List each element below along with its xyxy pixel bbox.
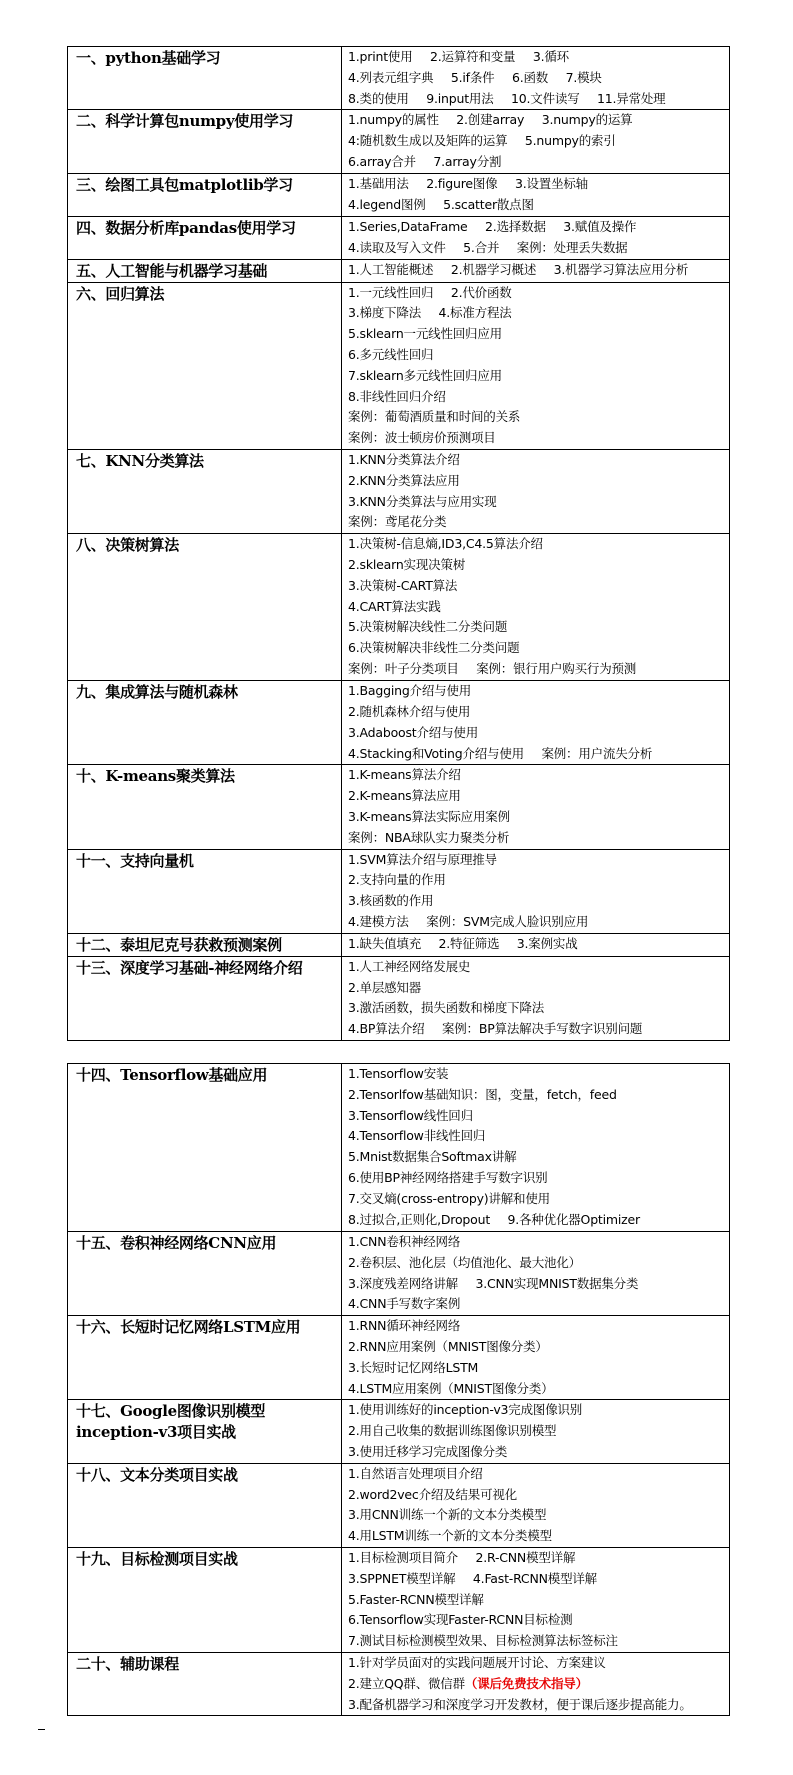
content-line: 7.测试目标检测模型效果、目标检测算法标签标注 (348, 1631, 729, 1652)
module-content: 1.缺失值填充2.特征筛选3.案例实战 (342, 933, 730, 956)
module-content: 1.Series,DataFrame2.选择数据3.赋值及操作4.读取及写入文件… (342, 216, 730, 259)
content-line: 5.sklearn一元线性回归应用 (348, 324, 729, 345)
module-title-text: 三、绘图工具包matplotlib学习 (76, 175, 341, 196)
lesson-item: 4.BP算法介绍 (348, 1021, 424, 1036)
lesson-item: 7.sklearn多元线性回归应用 (348, 368, 502, 383)
lesson-item: 案例：处理丢失数据 (517, 240, 628, 255)
lesson-item: 7.测试目标检测模型效果、目标检测算法标签标注 (348, 1633, 618, 1648)
lesson-item: 1.K-means算法介绍 (348, 767, 461, 782)
module-title: 五、人工智能与机器学习基础 (68, 259, 342, 282)
content-line: 6.多元线性回归 (348, 345, 729, 366)
content-line: 1.针对学员面对的实践问题展开讨论、方案建议 (348, 1653, 729, 1674)
content-line: 案例：波士顿房价预测项目 (348, 428, 729, 449)
table-row: 十、K-means聚类算法1.K-means算法介绍2.K-means算法应用3… (68, 765, 730, 849)
content-line: 2.支持向量的作用 (348, 870, 729, 891)
content-line: 1.基础用法2.figure图像3.设置坐标轴 (348, 174, 729, 195)
table-row: 一、python基础学习1.print使用2.运算符和变量3.循环4.列表元组字… (68, 47, 730, 110)
table-row: 十二、泰坦尼克号获救预测案例1.缺失值填充2.特征筛选3.案例实战 (68, 933, 730, 956)
module-content: 1.人工神经网络发展史2.单层感知器3.激活函数，损失函数和梯度下降法4.BP算… (342, 956, 730, 1040)
content-line: 案例：鸢尾花分类 (348, 512, 729, 533)
lesson-item: 10.文件读写 (511, 91, 579, 106)
lesson-item: 5.决策树解决线性二分类问题 (348, 619, 507, 634)
module-title: 十二、泰坦尼克号获救预测案例 (68, 933, 342, 956)
lesson-item: 案例：波士顿房价预测项目 (348, 430, 496, 445)
content-line: 4.Tensorflow非线性回归 (348, 1126, 729, 1147)
content-line: 3.决策树-CART算法 (348, 576, 729, 597)
content-line: 1.人工神经网络发展史 (348, 957, 729, 978)
content-line: 3.深度残差网络讲解3.CNN实现MNIST数据集分类 (348, 1274, 729, 1295)
module-title-text: 九、集成算法与随机森林 (76, 682, 341, 703)
lesson-item: 3.SPPNET模型详解 (348, 1571, 455, 1586)
module-content: 1.针对学员面对的实践问题展开讨论、方案建议2.建立QQ群、微信群（课后免费技术… (342, 1652, 730, 1715)
table-row: 五、人工智能与机器学习基础1.人工智能概述2.机器学习概述3.机器学习算法应用分… (68, 259, 730, 282)
module-content: 1.自然语言处理项目介绍2.word2vec介绍及结果可视化3.用CNN训练一个… (342, 1463, 730, 1547)
lesson-item: 4.Fast-RCNN模型详解 (473, 1571, 597, 1586)
content-line: 1.缺失值填充2.特征筛选3.案例实战 (348, 934, 729, 955)
lesson-item: 2.Tensorlfow基础知识：图，变量，fetch，feed (348, 1087, 617, 1102)
content-line: 6.array合并7.array分割 (348, 152, 729, 173)
lesson-item: 6.多元线性回归 (348, 347, 433, 362)
module-title: 二十、辅助课程 (68, 1652, 342, 1715)
module-content: 1.KNN分类算法介绍2.KNN分类算法应用3.KNN分类算法与应用实现案例：鸢… (342, 449, 730, 533)
lesson-item: 6.Tensorflow实现Faster-RCNN目标检测 (348, 1612, 572, 1627)
lesson-item: 案例：银行用户购买行为预测 (476, 661, 636, 676)
module-content: 1.一元线性回归2.代价函数3.梯度下降法4.标准方程法5.sklearn一元线… (342, 282, 730, 449)
content-line: 2.随机森林介绍与使用 (348, 702, 729, 723)
content-line: 2.K-means算法应用 (348, 786, 729, 807)
lesson-item: 5.Faster-RCNN模型详解 (348, 1592, 484, 1607)
module-title-text: 二十、辅助课程 (76, 1654, 341, 1675)
table-row: 二十、辅助课程1.针对学员面对的实践问题展开讨论、方案建议2.建立QQ群、微信群… (68, 1652, 730, 1715)
content-line: 7.sklearn多元线性回归应用 (348, 366, 729, 387)
content-line: 5.Faster-RCNN模型详解 (348, 1590, 729, 1611)
content-line: 1.K-means算法介绍 (348, 765, 729, 786)
lesson-item: 1.Bagging介绍与使用 (348, 683, 471, 698)
lesson-item: 3.设置坐标轴 (515, 176, 588, 191)
lesson-item: 1.人工智能概述 (348, 262, 433, 277)
table-row: 三、绘图工具包matplotlib学习1.基础用法2.figure图像3.设置坐… (68, 174, 730, 217)
lesson-item: 1.Tensorflow安装 (348, 1066, 448, 1081)
content-line: 6.决策树解决非线性二分类问题 (348, 638, 729, 659)
lesson-item: 6.函数 (512, 70, 548, 85)
module-title-text: 十九、目标检测项目实战 (76, 1549, 341, 1570)
module-title: 十四、Tensorflow基础应用 (68, 1064, 342, 1232)
content-line: 5.决策树解决线性二分类问题 (348, 617, 729, 638)
content-line: 4.CART算法实践 (348, 597, 729, 618)
module-title: 一、python基础学习 (68, 47, 342, 110)
table-row: 十五、卷积神经网络CNN应用1.CNN卷积神经网络2.卷积层、池化层（均值池化、… (68, 1232, 730, 1316)
lesson-item: 1.缺失值填充 (348, 936, 421, 951)
lesson-item: 1.人工神经网络发展史 (348, 959, 470, 974)
module-title: 十五、卷积神经网络CNN应用 (68, 1232, 342, 1316)
content-line: 2.建立QQ群、微信群（课后免费技术指导） (348, 1674, 729, 1695)
content-line: 2.卷积层、池化层（均值池化、最大池化） (348, 1253, 729, 1274)
module-content: 1.基础用法2.figure图像3.设置坐标轴4.legend图例5.scatt… (342, 174, 730, 217)
content-line: 1.Tensorflow安装 (348, 1064, 729, 1085)
lesson-item: 3.梯度下降法 (348, 305, 421, 320)
lesson-item: 2.机器学习概述 (451, 262, 536, 277)
table-row: 八、决策树算法1.决策树-信息熵,ID3,C4.5算法介绍2.sklearn实现… (68, 534, 730, 681)
table-row: 十八、文本分类项目实战1.自然语言处理项目介绍2.word2vec介绍及结果可视… (68, 1463, 730, 1547)
highlight-note: （课后免费技术指导） (465, 1676, 588, 1691)
content-line: 案例：葡萄酒质量和时间的关系 (348, 407, 729, 428)
table-row: 十七、Google图像识别模型inception-v3项目实战1.使用训练好的i… (68, 1400, 730, 1463)
table-row: 十一、支持向量机1.SVM算法介绍与原理推导2.支持向量的作用3.核函数的作用4… (68, 849, 730, 933)
module-title-text: 八、决策树算法 (76, 535, 341, 556)
lesson-item: 7.array分割 (433, 154, 501, 169)
content-line: 1.RNN循环神经网络 (348, 1316, 729, 1337)
lesson-item: 1.目标检测项目简介 (348, 1550, 458, 1565)
module-title: 十六、长短时记忆网络LSTM应用 (68, 1316, 342, 1400)
lesson-item: 2.随机森林介绍与使用 (348, 704, 470, 719)
lesson-item: 3.深度残差网络讲解 (348, 1276, 458, 1291)
content-line: 3.KNN分类算法与应用实现 (348, 492, 729, 513)
content-line: 2.sklearn实现决策树 (348, 555, 729, 576)
lesson-item: 2.特征筛选 (439, 936, 500, 951)
content-line: 3.使用迁移学习完成图像分类 (348, 1442, 729, 1463)
table-row: 十六、长短时记忆网络LSTM应用1.RNN循环神经网络2.RNN应用案例（MNI… (68, 1316, 730, 1400)
lesson-item: 3.核函数的作用 (348, 893, 433, 908)
lesson-item: 4:随机数生成以及矩阵的运算 (348, 133, 507, 148)
content-line: 1.决策树-信息熵,ID3,C4.5算法介绍 (348, 534, 729, 555)
content-line: 1.print使用2.运算符和变量3.循环 (348, 47, 729, 68)
lesson-item: 案例：鸢尾花分类 (348, 514, 446, 529)
lesson-item: 4.CART算法实践 (348, 599, 441, 614)
lesson-item: 2.sklearn实现决策树 (348, 557, 465, 572)
lesson-item: 4.用LSTM训练一个新的文本分类模型 (348, 1528, 552, 1543)
lesson-item: 3.循环 (533, 49, 569, 64)
lesson-item: 1.使用训练好的inception-v3完成图像识别 (348, 1402, 582, 1417)
lesson-item: 案例：用户流失分析 (541, 746, 652, 761)
lesson-item: 1.一元线性回归 (348, 285, 433, 300)
lesson-item: 1.SVM算法介绍与原理推导 (348, 852, 497, 867)
table-row: 九、集成算法与随机森林1.Bagging介绍与使用2.随机森林介绍与使用3.Ad… (68, 681, 730, 765)
table-row: 二、科学计算包numpy使用学习1.numpy的属性2.创建array3.num… (68, 110, 730, 174)
lesson-item: 1.print使用 (348, 49, 413, 64)
content-line: 8.非线性回归介绍 (348, 387, 729, 408)
syllabus-table-part-2: 十四、Tensorflow基础应用1.Tensorflow安装2.Tensorl… (67, 1063, 730, 1716)
module-title-text: 十五、卷积神经网络CNN应用 (76, 1233, 341, 1254)
page-marker-dash (38, 1729, 45, 1730)
module-title-text: 六、回归算法 (76, 284, 341, 305)
lesson-item: 3.使用迁移学习完成图像分类 (348, 1444, 507, 1459)
module-title: 十八、文本分类项目实战 (68, 1463, 342, 1547)
lesson-item: 3.长短时记忆网络LSTM (348, 1360, 478, 1375)
lesson-item: 2.R-CNN模型详解 (475, 1550, 575, 1565)
content-line: 2.RNN应用案例（MNIST图像分类） (348, 1337, 729, 1358)
syllabus-table-part-1: 一、python基础学习1.print使用2.运算符和变量3.循环4.列表元组字… (67, 46, 730, 1041)
content-line: 1.numpy的属性2.创建array3.numpy的运算 (348, 110, 729, 131)
content-line: 1.自然语言处理项目介绍 (348, 1464, 729, 1485)
lesson-item: 3.配备机器学习和深度学习开发教材，便于课后逐步提高能力。 (348, 1697, 692, 1712)
content-line: 案例：NBA球队实力聚类分析 (348, 828, 729, 849)
content-line: 4.读取及写入文件5.合并案例：处理丢失数据 (348, 238, 729, 259)
module-title: 四、数据分析库pandas使用学习 (68, 216, 342, 259)
content-line: 1.SVM算法介绍与原理推导 (348, 850, 729, 871)
content-line: 8.类的使用9.input用法10.文件读写11.异常处理 (348, 89, 729, 110)
content-line: 3.梯度下降法4.标准方程法 (348, 303, 729, 324)
content-line: 4.Stacking和Voting介绍与使用案例：用户流失分析 (348, 744, 729, 765)
lesson-item: 11.异常处理 (597, 91, 665, 106)
lesson-item: 1.numpy的属性 (348, 112, 439, 127)
content-line: 6.Tensorflow实现Faster-RCNN目标检测 (348, 1610, 729, 1631)
lesson-item: 2.figure图像 (426, 176, 497, 191)
module-title-text: 十、K-means聚类算法 (76, 766, 341, 787)
content-line: 8.过拟合,正则化,Dropout9.各种优化器Optimizer (348, 1210, 729, 1231)
lesson-item: 4.legend图例 (348, 197, 426, 212)
module-content: 1.决策树-信息熵,ID3,C4.5算法介绍2.sklearn实现决策树3.决策… (342, 534, 730, 681)
module-title-text-line2: inception-v3项目实战 (76, 1422, 341, 1443)
content-line: 1.Series,DataFrame2.选择数据3.赋值及操作 (348, 217, 729, 238)
module-content: 1.print使用2.运算符和变量3.循环4.列表元组字典5.if条件6.函数7… (342, 47, 730, 110)
content-line: 3.配备机器学习和深度学习开发教材，便于课后逐步提高能力。 (348, 1695, 729, 1716)
lesson-item: 1.决策树-信息熵,ID3,C4.5算法介绍 (348, 536, 543, 551)
lesson-item: 1.KNN分类算法介绍 (348, 452, 460, 467)
content-line: 2.Tensorlfow基础知识：图，变量，fetch，feed (348, 1085, 729, 1106)
lesson-item: 2.运算符和变量 (430, 49, 515, 64)
content-line: 2.KNN分类算法应用 (348, 471, 729, 492)
module-title: 九、集成算法与随机森林 (68, 681, 342, 765)
module-title: 十三、深度学习基础-神经网络介绍 (68, 956, 342, 1040)
lesson-item: 4.LSTM应用案例（MNIST图像分类） (348, 1381, 553, 1396)
lesson-item: 1.CNN卷积神经网络 (348, 1234, 460, 1249)
lesson-item: 案例：SVM完成人脸识别应用 (426, 914, 588, 929)
content-line: 4.legend图例5.scatter散点图 (348, 195, 729, 216)
content-line: 1.KNN分类算法介绍 (348, 450, 729, 471)
lesson-item: 3.Adaboost介绍与使用 (348, 725, 478, 740)
module-title: 三、绘图工具包matplotlib学习 (68, 174, 342, 217)
lesson-item: 7.交叉熵(cross-entropy)讲解和使用 (348, 1191, 550, 1206)
lesson-item: 3.用CNN训练一个新的文本分类模型 (348, 1507, 546, 1522)
lesson-item: 3.赋值及操作 (563, 219, 636, 234)
lesson-item: 6.使用BP神经网络搭建手写数字识别 (348, 1170, 547, 1185)
module-title-text: 十七、Google图像识别模型 (76, 1401, 341, 1422)
module-title: 六、回归算法 (68, 282, 342, 449)
module-title-text: 四、数据分析库pandas使用学习 (76, 218, 341, 239)
content-line: 3.K-means算法实际应用案例 (348, 807, 729, 828)
module-title-text: 五、人工智能与机器学习基础 (76, 261, 341, 282)
lesson-item: 3.决策树-CART算法 (348, 578, 457, 593)
module-title-text: 十一、支持向量机 (76, 851, 341, 872)
lesson-item: 案例：BP算法解决手写数字识别问题 (442, 1021, 642, 1036)
content-line: 2.用自己收集的数据训练图像识别模型 (348, 1421, 729, 1442)
lesson-item: 案例：葡萄酒质量和时间的关系 (348, 409, 520, 424)
content-line: 6.使用BP神经网络搭建手写数字识别 (348, 1168, 729, 1189)
content-line: 1.Bagging介绍与使用 (348, 681, 729, 702)
content-line: 4:随机数生成以及矩阵的运算5.numpy的索引 (348, 131, 729, 152)
module-content: 1.使用训练好的inception-v3完成图像识别2.用自己收集的数据训练图像… (342, 1400, 730, 1463)
lesson-item: 3.激活函数，损失函数和梯度下降法 (348, 1000, 544, 1015)
lesson-item: 2.创建array (456, 112, 524, 127)
module-title: 八、决策树算法 (68, 534, 342, 681)
content-line: 5.Mnist数据集合Softmax讲解 (348, 1147, 729, 1168)
lesson-item: 案例：NBA球队实力聚类分析 (348, 830, 509, 845)
content-line: 2.单层感知器 (348, 978, 729, 999)
module-title: 二、科学计算包numpy使用学习 (68, 110, 342, 174)
content-line: 4.LSTM应用案例（MNIST图像分类） (348, 1379, 729, 1400)
module-title-text: 十四、Tensorflow基础应用 (76, 1065, 341, 1086)
lesson-item: 4.Stacking和Voting介绍与使用 (348, 746, 524, 761)
module-title-text: 十三、深度学习基础-神经网络介绍 (76, 958, 341, 979)
content-line: 案例：叶子分类项目案例：银行用户购买行为预测 (348, 659, 729, 680)
content-line: 4.BP算法介绍案例：BP算法解决手写数字识别问题 (348, 1019, 729, 1040)
module-content: 1.K-means算法介绍2.K-means算法应用3.K-means算法实际应… (342, 765, 730, 849)
module-content: 1.Bagging介绍与使用2.随机森林介绍与使用3.Adaboost介绍与使用… (342, 681, 730, 765)
lesson-item: 2.卷积层、池化层（均值池化、最大池化） (348, 1255, 581, 1270)
lesson-item: 8.过拟合,正则化,Dropout (348, 1212, 490, 1227)
content-line: 3.Tensorflow线性回归 (348, 1106, 729, 1127)
module-title: 十七、Google图像识别模型inception-v3项目实战 (68, 1400, 342, 1463)
lesson-item: 3.K-means算法实际应用案例 (348, 809, 510, 824)
content-line: 2.word2vec介绍及结果可视化 (348, 1485, 729, 1506)
content-line: 4.列表元组字典5.if条件6.函数7.模块 (348, 68, 729, 89)
lesson-item: 9.各种优化器Optimizer (508, 1212, 640, 1227)
lesson-item: 2.建立QQ群、微信群 (348, 1676, 465, 1691)
lesson-item: 5.sklearn一元线性回归应用 (348, 326, 502, 341)
lesson-item: 4.建模方法 (348, 914, 409, 929)
lesson-item: 2.选择数据 (485, 219, 546, 234)
module-title-text: 十六、长短时记忆网络LSTM应用 (76, 1317, 341, 1338)
table-row: 六、回归算法1.一元线性回归2.代价函数3.梯度下降法4.标准方程法5.skle… (68, 282, 730, 449)
content-line: 4.建模方法案例：SVM完成人脸识别应用 (348, 912, 729, 933)
lesson-item: 2.支持向量的作用 (348, 872, 446, 887)
lesson-item: 1.自然语言处理项目介绍 (348, 1466, 483, 1481)
module-title-text: 十二、泰坦尼克号获救预测案例 (76, 935, 341, 956)
lesson-item: 4.读取及写入文件 (348, 240, 446, 255)
module-content: 1.人工智能概述2.机器学习概述3.机器学习算法应用分析 (342, 259, 730, 282)
module-title-text: 七、KNN分类算法 (76, 451, 341, 472)
lesson-item: 8.类的使用 (348, 91, 409, 106)
lesson-item: 9.input用法 (426, 91, 493, 106)
lesson-item: 7.模块 (566, 70, 602, 85)
lesson-item: 3.Tensorflow线性回归 (348, 1108, 473, 1123)
module-content: 1.numpy的属性2.创建array3.numpy的运算4:随机数生成以及矩阵… (342, 110, 730, 174)
content-line: 3.激活函数，损失函数和梯度下降法 (348, 998, 729, 1019)
lesson-item: 3.numpy的运算 (542, 112, 633, 127)
lesson-item: 5.合并 (463, 240, 499, 255)
lesson-item: 2.K-means算法应用 (348, 788, 461, 803)
module-title: 十一、支持向量机 (68, 849, 342, 933)
content-line: 3.长短时记忆网络LSTM (348, 1358, 729, 1379)
table-row: 七、KNN分类算法1.KNN分类算法介绍2.KNN分类算法应用3.KNN分类算法… (68, 449, 730, 533)
content-line: 4.CNN手写数字案例 (348, 1294, 729, 1315)
lesson-item: 2.单层感知器 (348, 980, 421, 995)
lesson-item: 8.非线性回归介绍 (348, 389, 446, 404)
lesson-item: 3.CNN实现MNIST数据集分类 (475, 1276, 638, 1291)
lesson-item: 3.KNN分类算法与应用实现 (348, 494, 497, 509)
lesson-item: 2.KNN分类算法应用 (348, 473, 460, 488)
lesson-item: 4.标准方程法 (439, 305, 512, 320)
content-line: 1.人工智能概述2.机器学习概述3.机器学习算法应用分析 (348, 260, 729, 281)
lesson-item: 1.Series,DataFrame (348, 219, 468, 234)
lesson-item: 4.CNN手写数字案例 (348, 1296, 460, 1311)
lesson-item: 5.numpy的索引 (525, 133, 616, 148)
lesson-item: 6.决策树解决非线性二分类问题 (348, 640, 519, 655)
table-row: 十四、Tensorflow基础应用1.Tensorflow安装2.Tensorl… (68, 1064, 730, 1232)
lesson-item: 4.列表元组字典 (348, 70, 433, 85)
lesson-item: 1.基础用法 (348, 176, 409, 191)
module-title-text: 一、python基础学习 (76, 48, 341, 69)
content-line: 3.核函数的作用 (348, 891, 729, 912)
content-line: 3.用CNN训练一个新的文本分类模型 (348, 1505, 729, 1526)
module-title-text: 二、科学计算包numpy使用学习 (76, 111, 341, 132)
content-line: 3.SPPNET模型详解4.Fast-RCNN模型详解 (348, 1569, 729, 1590)
lesson-item: 5.scatter散点图 (443, 197, 534, 212)
module-content: 1.RNN循环神经网络2.RNN应用案例（MNIST图像分类）3.长短时记忆网络… (342, 1316, 730, 1400)
module-title: 七、KNN分类算法 (68, 449, 342, 533)
content-line: 3.Adaboost介绍与使用 (348, 723, 729, 744)
table-row: 十三、深度学习基础-神经网络介绍1.人工神经网络发展史2.单层感知器3.激活函数… (68, 956, 730, 1040)
module-title: 十、K-means聚类算法 (68, 765, 342, 849)
module-content: 1.CNN卷积神经网络2.卷积层、池化层（均值池化、最大池化）3.深度残差网络讲… (342, 1232, 730, 1316)
lesson-item: 2.用自己收集的数据训练图像识别模型 (348, 1423, 556, 1438)
module-title-text: 十八、文本分类项目实战 (76, 1465, 341, 1486)
lesson-item: 6.array合并 (348, 154, 416, 169)
lesson-item: 1.针对学员面对的实践问题展开讨论、方案建议 (348, 1655, 606, 1670)
table-row: 四、数据分析库pandas使用学习1.Series,DataFrame2.选择数… (68, 216, 730, 259)
module-content: 1.Tensorflow安装2.Tensorlfow基础知识：图，变量，fetc… (342, 1064, 730, 1232)
lesson-item: 5.if条件 (451, 70, 495, 85)
lesson-item: 1.RNN循环神经网络 (348, 1318, 460, 1333)
module-content: 1.目标检测项目简介2.R-CNN模型详解3.SPPNET模型详解4.Fast-… (342, 1547, 730, 1652)
lesson-item: 2.word2vec介绍及结果可视化 (348, 1487, 517, 1502)
module-title: 十九、目标检测项目实战 (68, 1547, 342, 1652)
lesson-item: 2.RNN应用案例（MNIST图像分类） (348, 1339, 548, 1354)
content-line: 1.使用训练好的inception-v3完成图像识别 (348, 1400, 729, 1421)
lesson-item: 3.机器学习算法应用分析 (554, 262, 689, 277)
content-line: 4.用LSTM训练一个新的文本分类模型 (348, 1526, 729, 1547)
content-line: 7.交叉熵(cross-entropy)讲解和使用 (348, 1189, 729, 1210)
content-line: 1.CNN卷积神经网络 (348, 1232, 729, 1253)
content-line: 1.目标检测项目简介2.R-CNN模型详解 (348, 1548, 729, 1569)
lesson-item: 2.代价函数 (451, 285, 512, 300)
lesson-item: 3.案例实战 (517, 936, 578, 951)
module-content: 1.SVM算法介绍与原理推导2.支持向量的作用3.核函数的作用4.建模方法案例：… (342, 849, 730, 933)
table-row: 十九、目标检测项目实战1.目标检测项目简介2.R-CNN模型详解3.SPPNET… (68, 1547, 730, 1652)
lesson-item: 案例：叶子分类项目 (348, 661, 459, 676)
content-line: 1.一元线性回归2.代价函数 (348, 283, 729, 304)
lesson-item: 4.Tensorflow非线性回归 (348, 1128, 485, 1143)
lesson-item: 5.Mnist数据集合Softmax讲解 (348, 1149, 516, 1164)
